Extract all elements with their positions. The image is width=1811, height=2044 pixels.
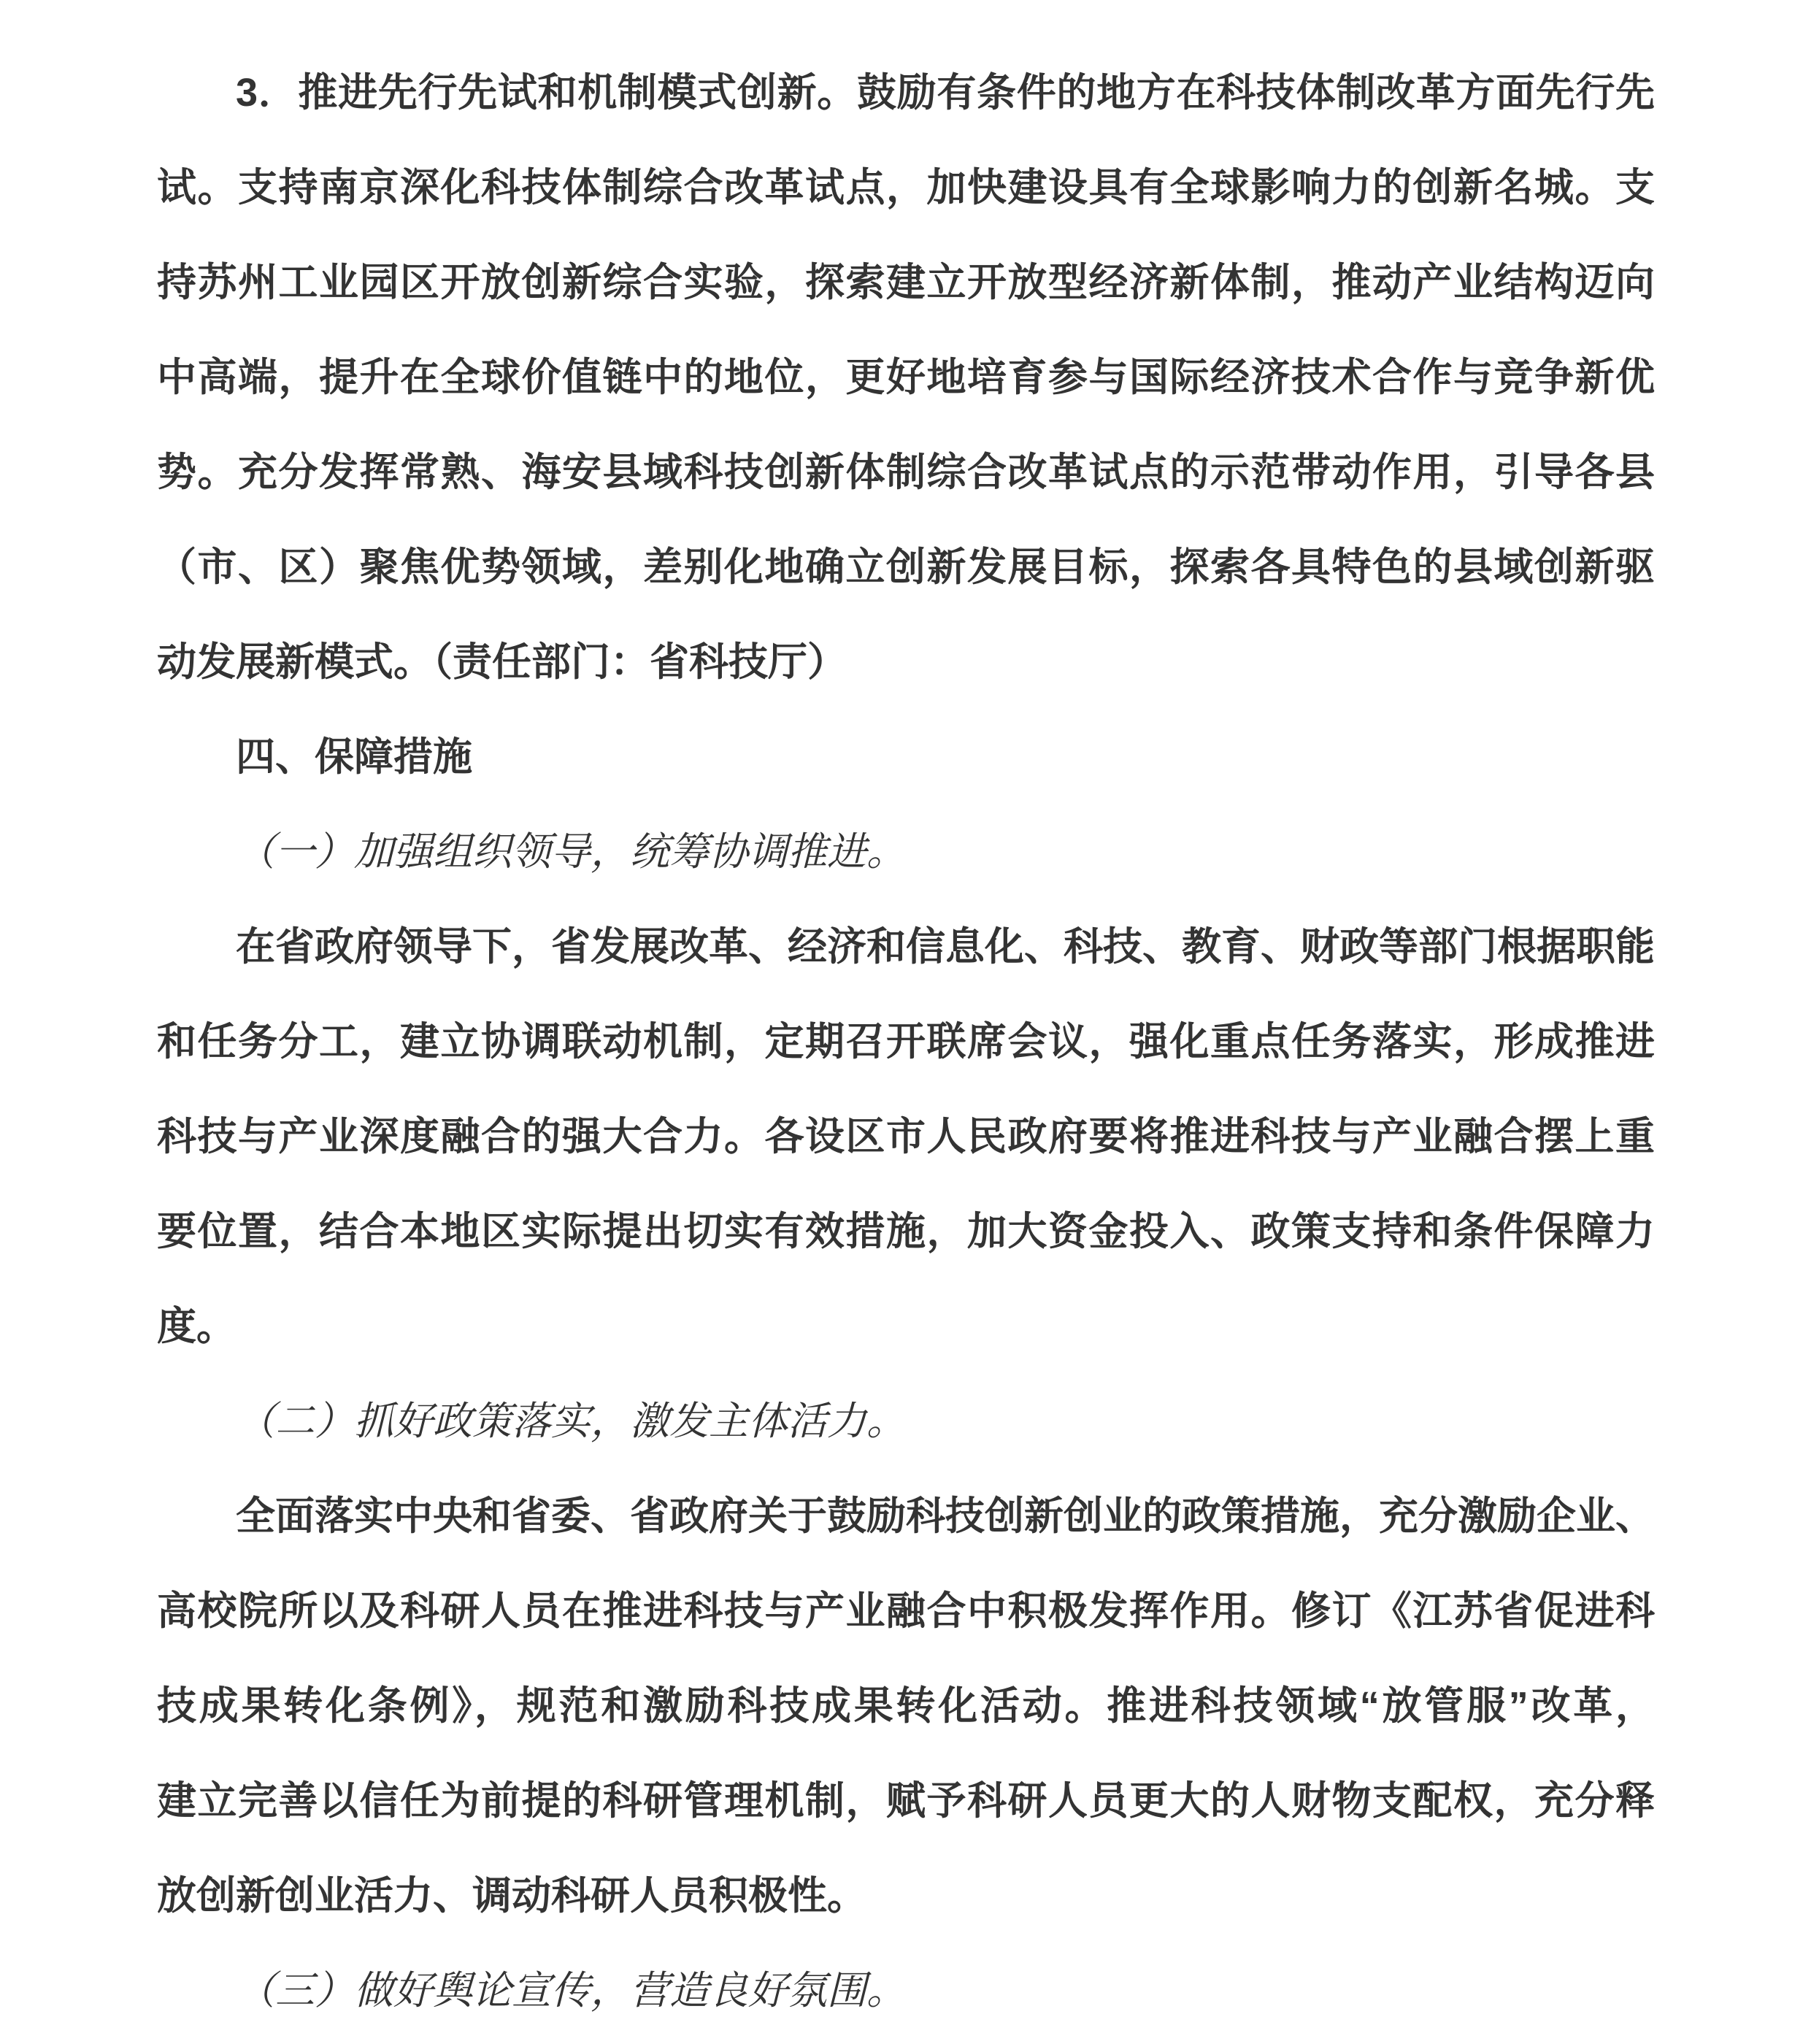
text-line-21: （三）做好舆论宣传，营造良好氛围。 — [157, 1943, 1655, 2038]
text-line-10: 在省政府领导下，省发展改革、经济和信息化、科技、教育、财政等部门根据职能 — [157, 899, 1655, 994]
text-line-8: 四、保障措施 — [157, 710, 1655, 804]
text-line-2: 试。支持南京深化科技体制综合改革试点，加快建设具有全球影响力的创新名城。支 — [157, 140, 1655, 235]
text-line-14: 度。 — [157, 1279, 1655, 1374]
text-line-20: 放创新创业活力、调动科研人员积极性。 — [157, 1848, 1655, 1943]
text-line-12: 科技与产业深度融合的强大合力。各设区市人民政府要将推进科技与产业融合摆上重 — [157, 1089, 1655, 1184]
text-line-6: （市、区）聚焦优势领域，差别化地确立创新发展目标，探索各具特色的县域创新驱 — [157, 520, 1655, 615]
document-page: 3．推进先行先试和机制模式创新。鼓励有条件的地方在科技体制改革方面先行先试。支持… — [0, 0, 1811, 2044]
text-line-16: 全面落实中央和省委、省政府关于鼓励科技创新创业的政策措施，充分激励企业、 — [157, 1469, 1655, 1564]
text-line-19: 建立完善以信任为前提的科研管理机制，赋予科研人员更大的人财物支配权，充分释 — [157, 1753, 1655, 1848]
text-line-9: （一）加强组织领导，统筹协调推进。 — [157, 804, 1655, 899]
text-line-15: （二）抓好政策落实，激发主体活力。 — [157, 1374, 1655, 1469]
document-body: 3．推进先行先试和机制模式创新。鼓励有条件的地方在科技体制改革方面先行先试。支持… — [157, 45, 1655, 2038]
text-line-4: 中高端，提升在全球价值链中的地位，更好地培育参与国际经济技术合作与竞争新优 — [157, 330, 1655, 425]
text-line-5: 势。充分发挥常熟、海安县域科技创新体制综合改革试点的示范带动作用，引导各县 — [157, 425, 1655, 520]
text-line-3: 持苏州工业园区开放创新综合实验，探索建立开放型经济新体制，推动产业结构迈向 — [157, 235, 1655, 330]
text-line-18: 技成果转化条例》，规范和激励科技成果转化活动。推进科技领域“放管服”改革， — [157, 1659, 1655, 1753]
text-line-11: 和任务分工，建立协调联动机制，定期召开联席会议，强化重点任务落实，形成推进 — [157, 994, 1655, 1089]
text-line-7: 动发展新模式。（责任部门：省科技厅） — [157, 615, 1655, 710]
text-line-17: 高校院所以及科研人员在推进科技与产业融合中积极发挥作用。修订《江苏省促进科 — [157, 1564, 1655, 1659]
text-line-13: 要位置，结合本地区实际提出切实有效措施，加大资金投入、政策支持和条件保障力 — [157, 1184, 1655, 1279]
text-line-1: 3．推进先行先试和机制模式创新。鼓励有条件的地方在科技体制改革方面先行先 — [157, 45, 1655, 140]
